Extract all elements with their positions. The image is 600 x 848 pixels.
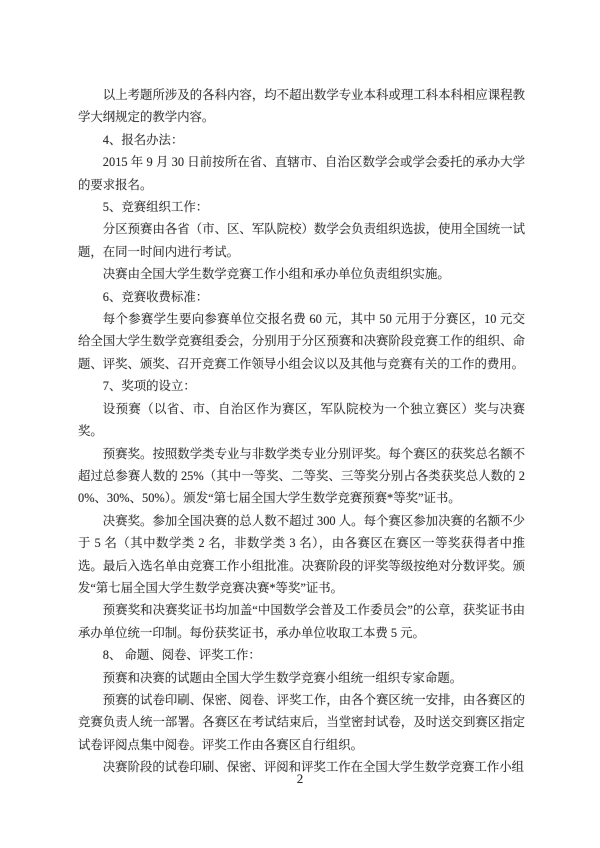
- paragraph-exam-scope: 以上考题所涉及的各科内容，均不超出数学专业本科或理工科本科相应课程教学大纲规定的…: [78, 84, 525, 129]
- section-heading-registration: 4、报名办法：: [78, 129, 525, 151]
- page-number: 2: [0, 771, 600, 787]
- paragraph-registration: 2015 年 9 月 30 日前按所在省、直辖市、自治区数学会或学会委托的承办大…: [78, 151, 525, 196]
- section-heading-awards: 7、奖项的设立：: [78, 375, 525, 397]
- section-heading-grading: 8、 命题、阅卷、评奖工作：: [78, 644, 525, 666]
- section-heading-organization: 5、竞赛组织工作：: [78, 196, 525, 218]
- paragraph-certificates: 预赛奖和决赛奖证书均加盖“中国数学会普及工作委员会”的公章，获奖证书由承办单位统…: [78, 599, 525, 644]
- section-heading-fees: 6、竞赛收费标准：: [78, 286, 525, 308]
- paragraph-preliminary-organization: 分区预赛由各省（市、区、军队院校）数学会负责组织选拔，使用全国统一试题，在同一时…: [78, 218, 525, 263]
- paragraph-fees: 每个参赛学生要向参赛单位交报名费 60 元，其中 50 元用于分赛区，10 元交…: [78, 308, 525, 375]
- paragraph-final-organization: 决赛由全国大学生数学竞赛工作小组和承办单位负责组织实施。: [78, 263, 525, 285]
- document-page: 以上考题所涉及的各科内容，均不超出数学专业本科或理工科本科相应课程教学大纲规定的…: [0, 0, 600, 848]
- paragraph-award-structure: 设预赛（以省、市、自治区作为赛区，军队院校为一个独立赛区）奖与决赛奖。: [78, 398, 525, 443]
- paragraph-problem-setting: 预赛和决赛的试题由全国大学生数学竞赛小组统一组织专家命题。: [78, 667, 525, 689]
- paragraph-final-award: 决赛奖。参加全国决赛的总人数不超过 300 人。每个赛区参加决赛的名额不少于 5…: [78, 510, 525, 600]
- paragraph-preliminary-award: 预赛奖。按照数学类专业与非数学类专业分别评奖。每个赛区的获奖总名额不超过总参赛人…: [78, 443, 525, 510]
- document-body: 以上考题所涉及的各科内容，均不超出数学专业本科或理工科本科相应课程教学大纲规定的…: [78, 84, 525, 779]
- paragraph-preliminary-grading: 预赛的试卷印刷、保密、阅卷、评奖工作，由各个赛区统一安排，由各赛区的竞赛负责人统…: [78, 689, 525, 756]
